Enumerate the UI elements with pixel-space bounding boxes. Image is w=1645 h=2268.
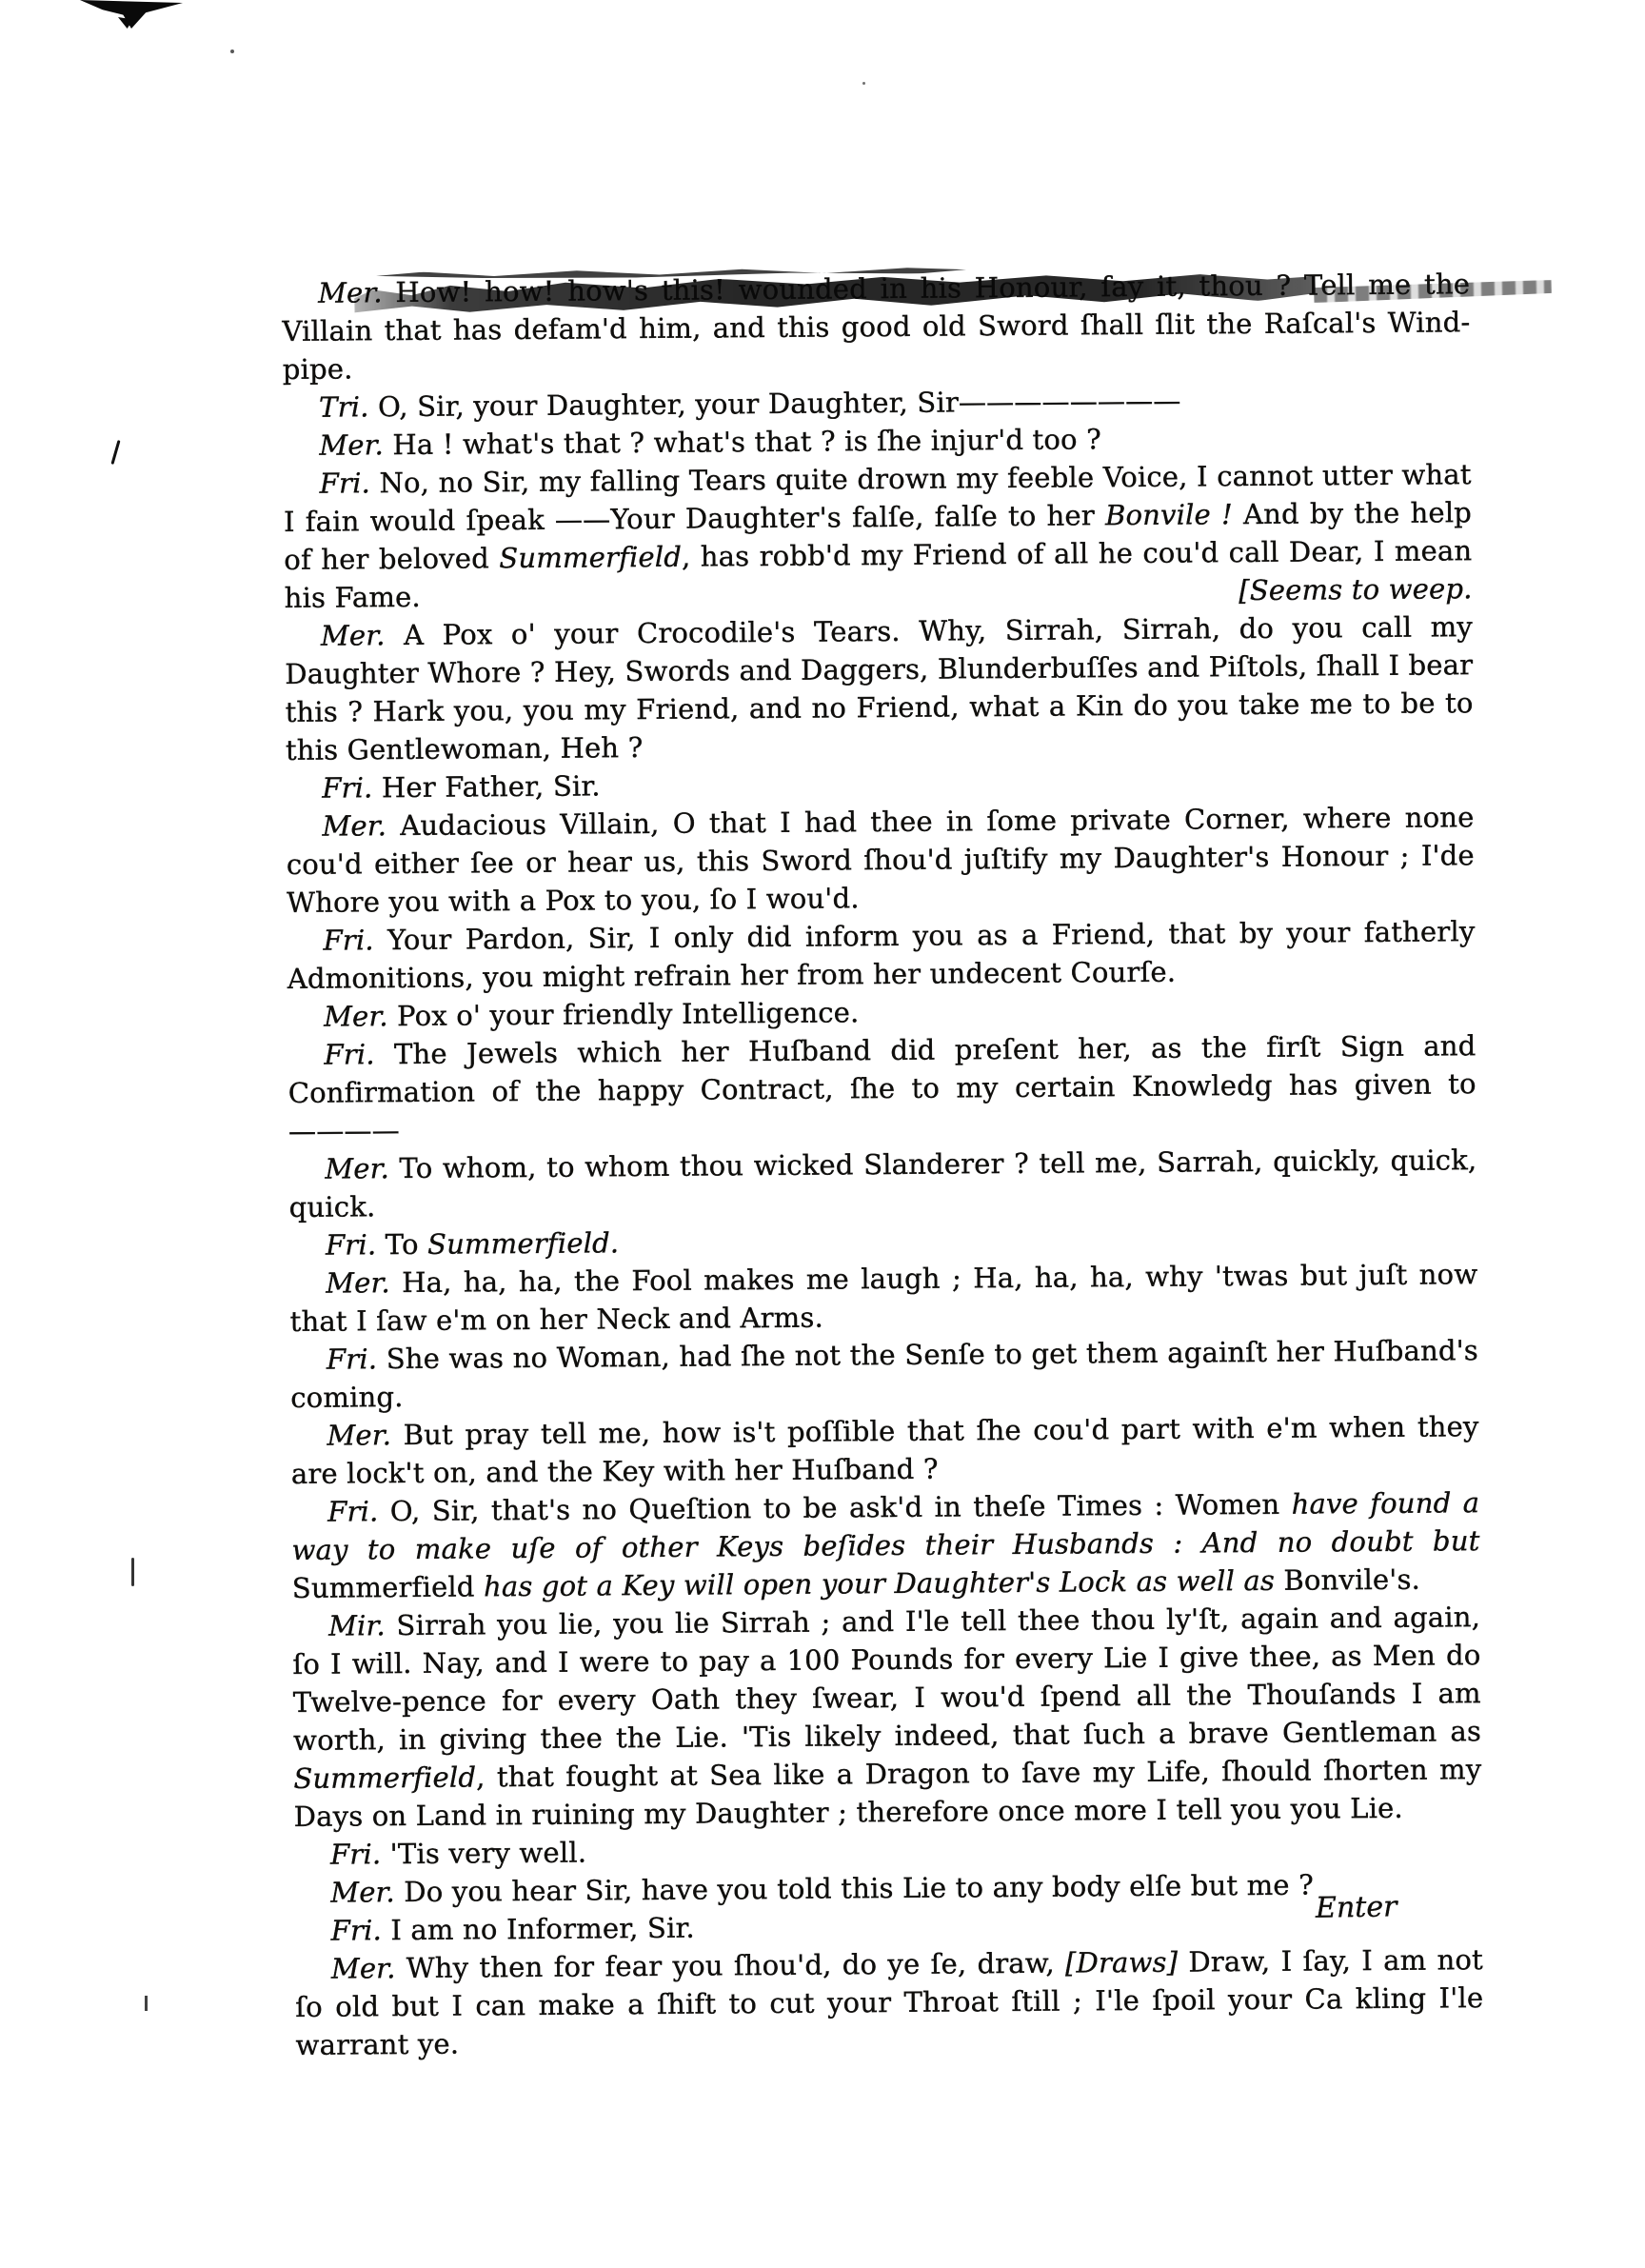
italic-text: Mir. [328,1609,386,1641]
speech-paragraph: Mer. A Pox o' your Crocodile's Tears. Wh… [285,607,1474,769]
speech-text: Ha ! what's that ? what's that ? is ſhe … [384,423,1101,461]
italic-text: has got a Key will open your Daughter's … [484,1564,1284,1603]
play-text-block: Mer. How! how! how's this! wounded in hi… [282,265,1484,2064]
italic-text: Bonvile ! [1105,498,1233,531]
speech-paragraph: Mer. Why then for fear you ſhou'd, do ye… [295,1940,1484,2064]
speech-text: Audacious Villain, O that I had thee in … [287,801,1475,919]
speech-text: I am no Informer, Sir. [382,1912,695,1947]
speech-text: Sirrah you lie, you lie Sirrah ; and I'l… [292,1601,1481,1757]
speech-text: Do you hear Sir, have you told this Lie … [395,1869,1314,1909]
speech-paragraph: Mer. But pray tell me, how is't poſſible… [290,1407,1479,1493]
italic-text: Summerfield [293,1761,476,1795]
speech-paragraph: Fri. The Jewels which her Huſband did pr… [287,1026,1477,1150]
speech-paragraph: Mir. Sirrah you lie, you lie Sirrah ; an… [292,1598,1482,1836]
italic-text: Fri. [331,1914,383,1946]
speech-text: O, Sir, your Daughter, your Daughter, Si… [368,385,1180,424]
speech-paragraph: Mer. Ha, ha, ha, the Fool makes me laugh… [289,1255,1478,1341]
speech-text: Bonvile's. [1283,1563,1420,1597]
italic-text: Fri. [322,771,373,804]
speech-paragraph: Mer. To whom, to whom thou wicked Slande… [288,1141,1477,1226]
italic-text: Summerfield [499,541,682,575]
italic-text: Mer. [330,1876,395,1909]
catchword: Enter [1316,1890,1397,1924]
speech-text: O, Sir, that's no Queſtion to be ask'd i… [378,1488,1291,1528]
speech-text: The Jewels which her Huſband did preſent… [288,1029,1477,1147]
speech-text: Summerfield [292,1570,484,1604]
italic-text: Fri. [327,1495,379,1527]
speck-mark [230,50,234,53]
speech-text: But pray tell me, how is't poſſible that… [291,1410,1479,1490]
speech-text: To [376,1228,427,1261]
speech-text: A Pox o' your Crocodile's Tears. Why, Si… [285,610,1474,766]
speech-paragraph: Fri. She was no Woman, had ſhe not the S… [290,1331,1479,1417]
speech-text: 'Tis very well. [381,1837,586,1871]
italic-text: Tri. [319,390,369,423]
speech-text: She was no Woman, had ſhe not the Senſe … [290,1334,1478,1414]
margin-slash-mark [110,440,120,465]
margin-tick-mark [145,1996,148,2011]
speech-text: Ha, ha, ha, the Fool makes me laugh ; Ha… [290,1258,1478,1338]
italic-text: Mer. [327,1419,391,1452]
margin-bar-mark [131,1558,134,1586]
italic-text: Fri. [330,1838,382,1870]
speech-text: To whom, to whom thou wicked Slanderer ?… [289,1144,1477,1224]
italic-text: Mer. [319,428,384,462]
italic-text: Mer. [324,1000,388,1033]
corner-ink-blot [80,0,183,29]
speech-text: Why then for fear you ſhou'd, do ye ſe, … [395,1947,1065,1985]
italic-text: Mer. [331,1952,396,1985]
italic-text: [Draws] [1065,1946,1178,1980]
italic-text: Summerfield. [427,1226,619,1261]
speech-text: Your Pardon, Sir, I only did inform you … [287,915,1476,995]
speech-text: Pox o' your friendly Intelligence. [388,996,860,1032]
italic-text: Fri. [323,924,374,956]
speech-paragraph: Fri. No, no Sir, my falling Tears quite … [284,455,1473,617]
scanned-play-page: { "page": { "width": 1728, "height": 238… [0,0,1645,2268]
speck-mark [862,82,865,85]
speech-text: Her Father, Sir. [372,769,601,804]
italic-text: Fri. [327,1343,378,1375]
italic-text: Mer. [326,1266,390,1300]
italic-text: Mer. [322,809,386,843]
italic-text: Mer. [325,1152,389,1185]
italic-text: Fri. [320,467,371,499]
italic-text: Fri. [326,1228,377,1261]
speech-paragraph: Fri. O, Sir, that's no Queſtion to be as… [291,1483,1480,1607]
italic-text: Mer. [321,619,386,652]
speech-paragraph: Fri. Your Pardon, Sir, I only did inform… [287,912,1476,998]
speech-paragraph: Mer. Audacious Villain, O that I had the… [286,798,1475,922]
stage-direction: [Seems to weep. [1239,569,1473,609]
italic-text: Fri. [324,1038,375,1070]
